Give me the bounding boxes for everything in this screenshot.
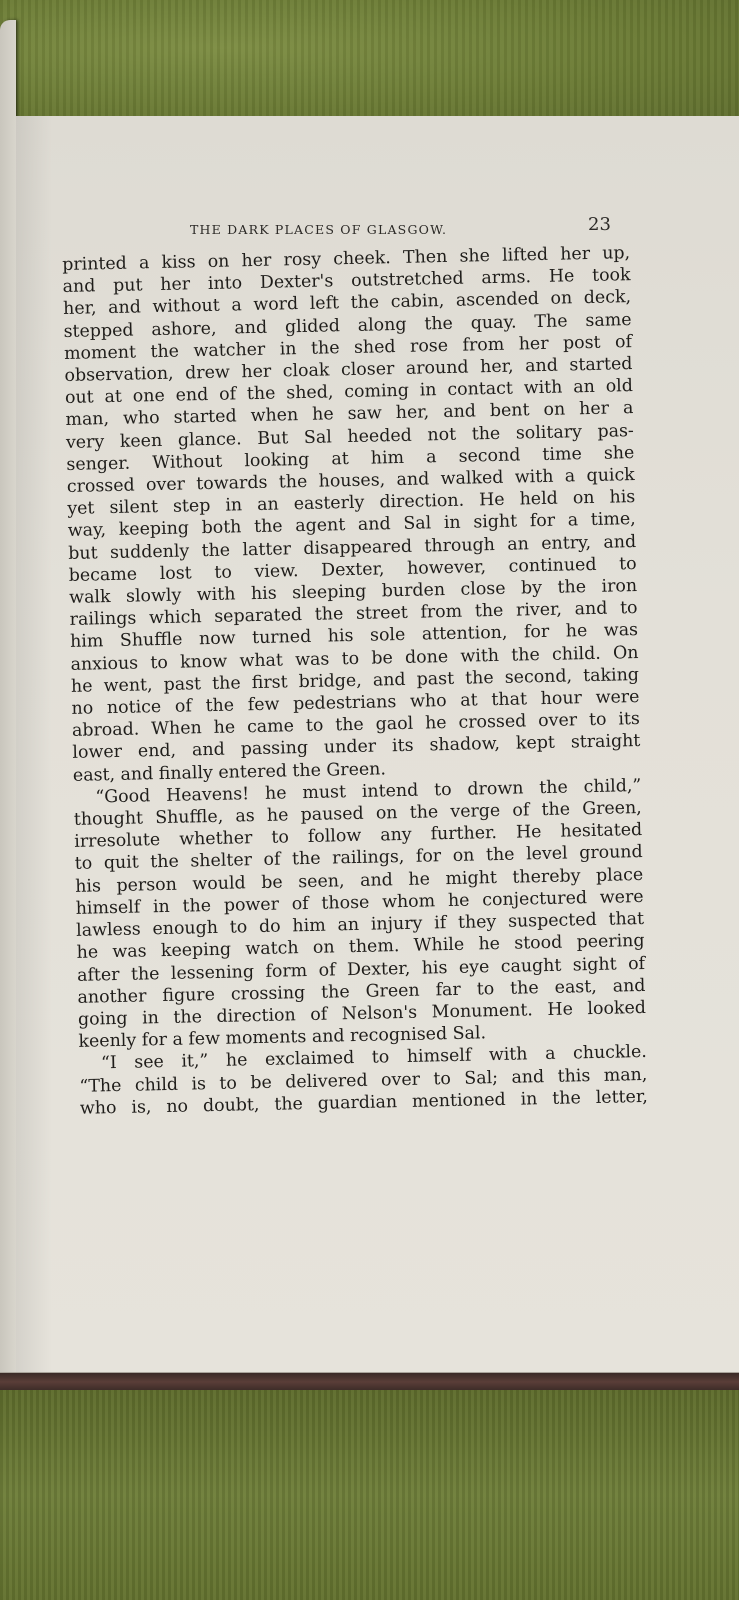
running-head: THE DARK PLACES OF GLASGOW. [190, 222, 447, 237]
previous-page-edge [0, 20, 16, 1380]
page-number: 23 [588, 214, 611, 235]
green-fabric-background-top [0, 0, 739, 120]
green-fabric-background-bottom [0, 1390, 739, 1600]
body-text: printed a kiss on her rosy cheek. Then s… [62, 242, 648, 1120]
gutter-shadow [16, 116, 52, 1378]
